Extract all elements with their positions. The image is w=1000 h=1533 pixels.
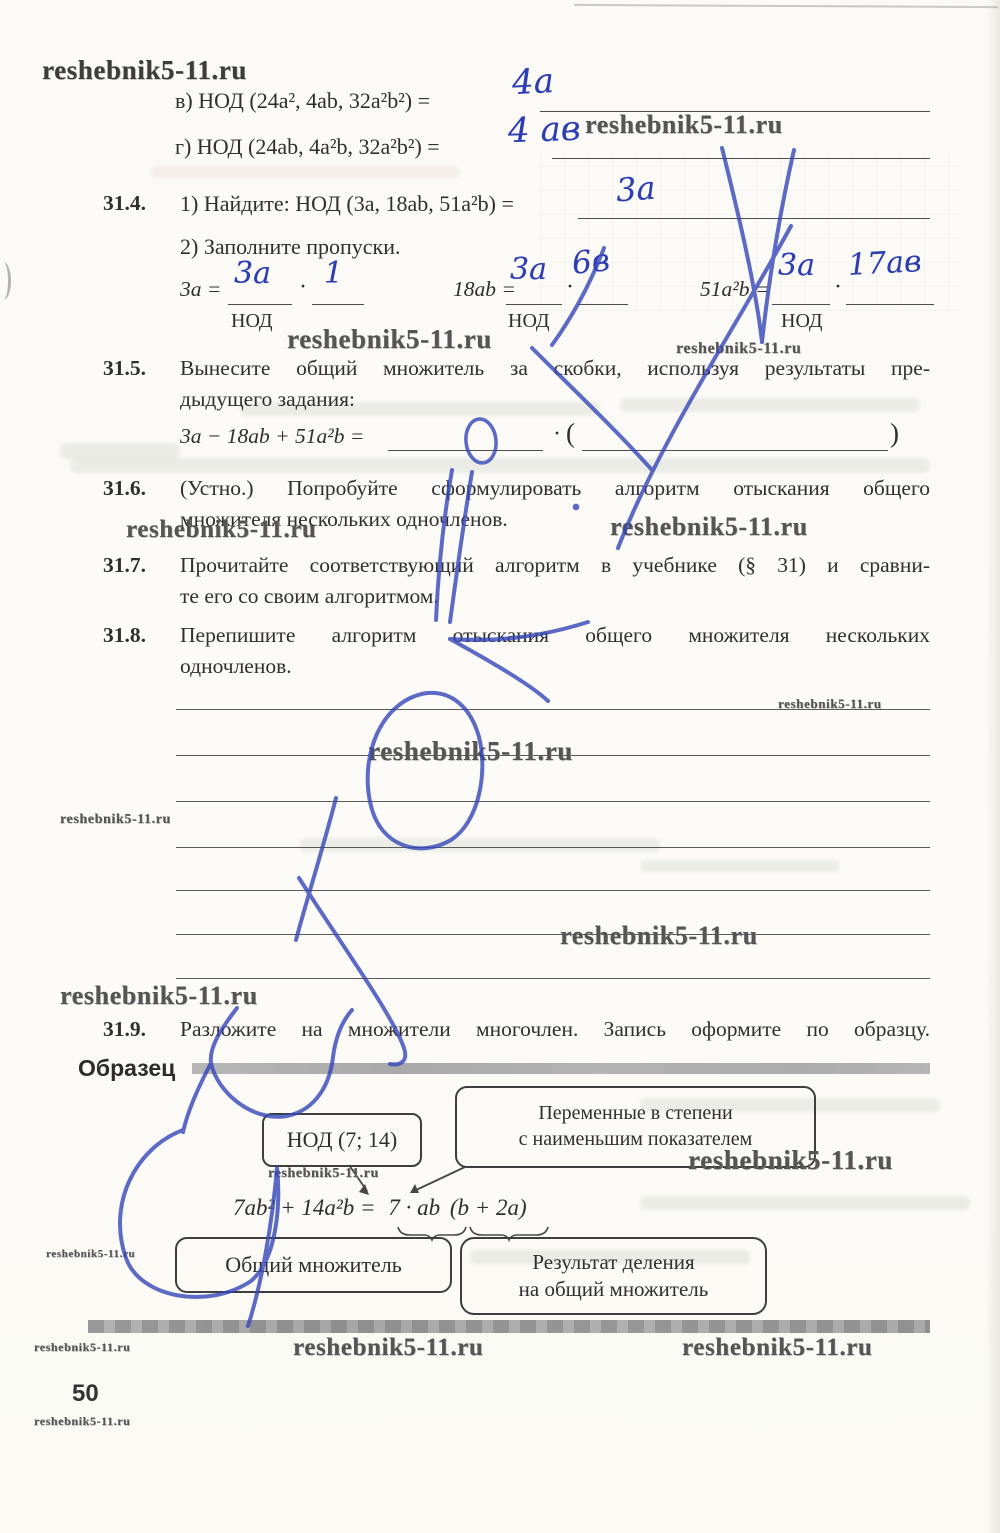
- watermark-text: reshebnik5-11.ru: [585, 110, 783, 140]
- watermark-text: reshebnik5-11.ru: [42, 55, 247, 86]
- sample-equation: 7ab² + 14a²b = 7 · ab (b + 2a): [233, 1195, 527, 1221]
- multiply-dot: ·: [553, 421, 561, 448]
- bleedthrough-smudge: [150, 166, 460, 178]
- page-edge-line: [574, 4, 998, 8]
- watermark-text: reshebnik5-11.ru: [126, 516, 316, 544]
- handwritten-answer: 4a: [511, 61, 555, 103]
- answer-line: [578, 217, 930, 219]
- handwritten-factor: 17ав: [847, 244, 922, 283]
- fill-lhs: 51a²b =: [700, 277, 769, 302]
- paren-close: ): [890, 418, 899, 449]
- division-result-box: Результат деления на общий множитель: [460, 1237, 767, 1315]
- handwritten-answer: 3а: [615, 169, 657, 210]
- watermark-text: reshebnik5-11.ru: [60, 981, 258, 1011]
- ruled-line: [176, 977, 930, 979]
- gcd-blank-line: [228, 303, 292, 305]
- handwritten-factor: 1: [324, 256, 343, 291]
- watermark-text: reshebnik5-11.ru: [688, 1145, 893, 1176]
- problem-number: 31.4.: [103, 191, 146, 216]
- problem-number: 31.8.: [103, 623, 146, 648]
- ruled-line: [176, 800, 930, 802]
- multiply-dot: ·: [299, 274, 307, 301]
- problem-number: 31.6.: [103, 476, 146, 501]
- problem-31-4-part2: 2) Заполните пропуски.: [180, 234, 400, 260]
- handwritten-answer: 4 ав: [507, 109, 581, 152]
- problem-number: 31.7.: [103, 553, 146, 578]
- scan-artifact: [0, 262, 11, 300]
- common-factor-box-label: Общий множитель: [225, 1251, 402, 1279]
- watermark-text: reshebnik5-11.ru: [268, 1166, 379, 1182]
- watermark-text: reshebnik5-11.ru: [676, 340, 801, 358]
- ruled-line: [176, 889, 930, 891]
- sample-equation-rest: (b + 2a): [446, 1195, 527, 1220]
- common-factor-box: Общий множитель: [175, 1237, 452, 1293]
- watermark-text: reshebnik5-11.ru: [778, 696, 882, 712]
- problem-v-text: в) НОД (24a², 4ab, 32a²b²) =: [175, 88, 430, 114]
- watermark-text: reshebnik5-11.ru: [368, 736, 573, 767]
- factor-blank-line: [578, 303, 628, 305]
- problem-31-5-line2: дыдущего задания:: [180, 387, 355, 412]
- watermark-text: reshebnik5-11.ru: [287, 324, 492, 355]
- factor-blank-line: [312, 303, 364, 305]
- division-result-line2: на общий множитель: [519, 1276, 709, 1303]
- handwritten-factor: 6в: [570, 242, 611, 282]
- problem-number: 31.5.: [103, 356, 146, 381]
- problem-number: 31.9.: [103, 1017, 146, 1042]
- bleedthrough-smudge: [640, 1196, 970, 1210]
- problem-31-8-line2: одночленов.: [180, 654, 292, 679]
- handwritten-gcd: 3а: [510, 252, 547, 287]
- watermark-text: reshebnik5-11.ru: [682, 1334, 872, 1362]
- handwritten-gcd: 3а: [778, 248, 815, 283]
- fill-lhs: 3a =: [180, 277, 221, 302]
- nod-label: НОД: [231, 310, 273, 333]
- watermark-text: reshebnik5-11.ru: [34, 1414, 130, 1429]
- page-edge-shade: [986, 0, 1000, 1533]
- sample-equation-left: 7ab² + 14a²b =: [233, 1195, 376, 1220]
- page-number: 50: [72, 1380, 99, 1408]
- bleedthrough-smudge: [60, 443, 180, 459]
- nod-label: НОД: [508, 310, 550, 333]
- watermark-text: reshebnik5-11.ru: [610, 512, 808, 542]
- problem-g-text: г) НОД (24ab, 4a²b, 32a²b²) =: [175, 134, 440, 160]
- problem-31-4-part1: 1) Найдите: НОД (3a, 18ab, 51a²b) =: [180, 191, 514, 217]
- multiply-dot: ·: [834, 274, 842, 301]
- watermark-text: reshebnik5-11.ru: [34, 1340, 130, 1355]
- section-bar: [88, 1320, 930, 1333]
- ruled-line: [176, 846, 930, 848]
- ruled-line: [176, 933, 930, 935]
- equation-31-5: 3a − 18ab + 51a²b =: [180, 424, 364, 449]
- answer-line: [552, 157, 930, 159]
- watermark-text: reshebnik5-11.ru: [60, 812, 171, 828]
- sample-equation-gcd-part: 7 · ab: [381, 1195, 440, 1220]
- workbook-page: reshebnik5-11.ru reshebnik5-11.ru resheb…: [0, 0, 1000, 1533]
- watermark-text: reshebnik5-11.ru: [293, 1334, 483, 1362]
- gcd-blank-line: [506, 303, 562, 305]
- problem-31-6-line1: (Устно.) Попробуйте сформулировать алгор…: [180, 476, 930, 501]
- bleedthrough-smudge: [640, 860, 840, 872]
- problem-31-9-text: Разложите на множители многочлен. Запись…: [180, 1017, 930, 1042]
- watermark-text: reshebnik5-11.ru: [560, 921, 758, 951]
- gcd-blank-line: [772, 303, 830, 305]
- nod-label: НОД: [781, 310, 823, 333]
- problem-31-7-line1: Прочитайте соответствующий алгоритм в уч…: [180, 553, 930, 578]
- problem-31-8-line1: Перепишите алгоритм отыскания общего мно…: [180, 623, 930, 648]
- gcd-box-label: НОД (7; 14): [287, 1126, 397, 1154]
- gcd-box: НОД (7; 14): [262, 1113, 422, 1167]
- bleedthrough-smudge: [620, 398, 920, 412]
- factor-blank-line: [846, 303, 934, 305]
- problem-31-7-line2: те его со своим алгоритмом.: [180, 584, 439, 609]
- paren-open: (: [566, 418, 575, 449]
- section-bar: [192, 1063, 930, 1074]
- problem-31-5-line1: Вынесите общий множитель за скобки, испо…: [180, 356, 930, 381]
- fill-lhs: 18ab =: [453, 277, 516, 302]
- watermark-text: reshebnik5-11.ru: [46, 1248, 135, 1260]
- variables-box-line1: Переменные в степени: [538, 1101, 732, 1127]
- sample-heading: Образец: [78, 1055, 175, 1082]
- division-result-line1: Результат деления: [532, 1249, 694, 1276]
- answer-blank-line: [582, 449, 888, 451]
- handwritten-gcd: 3а: [234, 256, 271, 291]
- bleedthrough-smudge: [70, 458, 930, 473]
- answer-blank-line: [388, 449, 543, 451]
- bleedthrough-smudge: [300, 838, 660, 852]
